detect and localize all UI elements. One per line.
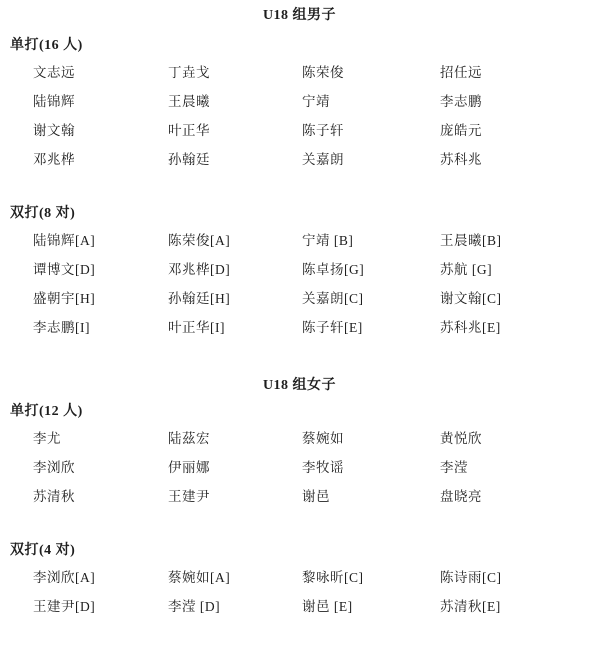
- participant-name: 邓兆桦[D]: [168, 258, 302, 278]
- participant-name: 李尤: [33, 427, 168, 447]
- participant-name: 庞皓元: [440, 119, 599, 139]
- participant-row: 邓兆桦 孙翰廷 关嘉朗 苏科兆: [33, 143, 599, 172]
- participant-name: 王建尹: [168, 485, 302, 505]
- participant-name: 谢邑 [E]: [302, 595, 440, 615]
- participant-name: 苏科兆: [440, 148, 599, 168]
- participant-row: 李浏欣 伊丽娜 李牧谣 李滢: [33, 451, 599, 480]
- participant-name: 叶正华: [168, 119, 302, 139]
- participant-name: 苏清秋: [33, 485, 168, 505]
- participant-name: 苏清秋[E]: [440, 595, 599, 615]
- participant-row: 李志鹏[I] 叶正华[I] 陈子轩[E] 苏科兆[E]: [33, 311, 599, 340]
- participant-name: 谭博文[D]: [33, 258, 168, 278]
- participant-name: 陈子轩[E]: [302, 316, 440, 336]
- participant-row: 盛朝宇[H] 孙翰廷[H] 关嘉朗[C] 谢文翰[C]: [33, 282, 599, 311]
- participant-name: 陆锦辉[A]: [33, 229, 168, 249]
- participant-name: 招任远: [440, 61, 599, 81]
- participant-row: 王建尹[D] 李滢 [D] 谢邑 [E] 苏清秋[E]: [33, 590, 599, 619]
- participant-name: 宁靖: [302, 90, 440, 110]
- group-header-women-doubles: 双打(4 对): [10, 541, 599, 561]
- group-header-women-singles: 单打(12 人): [10, 402, 599, 422]
- participant-name: 黄悦欣: [440, 427, 599, 447]
- roster-document: U18 组男子 单打(16 人) 文志远 丁垚戈 陈荣俊 招任远 陆锦辉 王晨曦…: [0, 0, 599, 619]
- women-doubles-list: 李浏欣[A] 蔡婉如[A] 黎咏昕[C] 陈诗雨[C] 王建尹[D] 李滢 [D…: [0, 561, 599, 619]
- participant-row: 陆锦辉[A] 陈荣俊[A] 宁靖 [B] 王晨曦[B]: [33, 224, 599, 253]
- participant-name: 宁靖 [B]: [302, 229, 440, 249]
- participant-name: 关嘉朗[C]: [302, 287, 440, 307]
- participant-name: 李志鹏: [440, 90, 599, 110]
- participant-name: 蔡婉如: [302, 427, 440, 447]
- participant-name: 关嘉朗: [302, 148, 440, 168]
- participant-name: 陈诗雨[C]: [440, 566, 599, 586]
- participant-name: 李浏欣: [33, 456, 168, 476]
- participant-name: 谢文翰: [33, 119, 168, 139]
- participant-name: 丁垚戈: [168, 61, 302, 81]
- participant-row: 李尤 陆茲宏 蔡婉如 黄悦欣: [33, 422, 599, 451]
- women-singles-list: 李尤 陆茲宏 蔡婉如 黄悦欣 李浏欣 伊丽娜 李牧谣 李滢 苏清秋 王建尹 谢邑…: [0, 422, 599, 509]
- participant-name: 叶正华[I]: [168, 316, 302, 336]
- participant-name: 孙翰廷[H]: [168, 287, 302, 307]
- participant-name: 伊丽娜: [168, 456, 302, 476]
- men-doubles-list: 陆锦辉[A] 陈荣俊[A] 宁靖 [B] 王晨曦[B] 谭博文[D] 邓兆桦[D…: [0, 224, 599, 340]
- participant-name: 孙翰廷: [168, 148, 302, 168]
- participant-name: 蔡婉如[A]: [168, 566, 302, 586]
- participant-row: 陆锦辉 王晨曦 宁靖 李志鹏: [33, 85, 599, 114]
- participant-name: 陈卓扬[G]: [302, 258, 440, 278]
- participant-name: 陈子轩: [302, 119, 440, 139]
- participant-name: 李滢: [440, 456, 599, 476]
- participant-row: 李浏欣[A] 蔡婉如[A] 黎咏昕[C] 陈诗雨[C]: [33, 561, 599, 590]
- participant-name: 王建尹[D]: [33, 595, 168, 615]
- participant-name: 李滢 [D]: [168, 595, 302, 615]
- participant-name: 李牧谣: [302, 456, 440, 476]
- participant-name: 王晨曦[B]: [440, 229, 599, 249]
- section-title-u18-women: U18 组女子: [0, 376, 599, 396]
- participant-name: 谢邑: [302, 485, 440, 505]
- participant-row: 文志远 丁垚戈 陈荣俊 招任远: [33, 56, 599, 85]
- group-header-men-doubles: 双打(8 对): [10, 204, 599, 224]
- section-title-u18-men: U18 组男子: [0, 6, 599, 26]
- participant-row: 苏清秋 王建尹 谢邑 盘晓亮: [33, 480, 599, 509]
- participant-name: 盘晓亮: [440, 485, 599, 505]
- participant-name: 李浏欣[A]: [33, 566, 168, 586]
- participant-name: 陆锦辉: [33, 90, 168, 110]
- participant-name: 黎咏昕[C]: [302, 566, 440, 586]
- participant-name: 陆茲宏: [168, 427, 302, 447]
- participant-name: 陈荣俊[A]: [168, 229, 302, 249]
- participant-row: 谢文翰 叶正华 陈子轩 庞皓元: [33, 114, 599, 143]
- participant-name: 陈荣俊: [302, 61, 440, 81]
- men-singles-list: 文志远 丁垚戈 陈荣俊 招任远 陆锦辉 王晨曦 宁靖 李志鹏 谢文翰 叶正华 陈…: [0, 56, 599, 172]
- participant-name: 王晨曦: [168, 90, 302, 110]
- participant-name: 邓兆桦: [33, 148, 168, 168]
- participant-name: 苏航 [G]: [440, 258, 599, 278]
- participant-name: 李志鹏[I]: [33, 316, 168, 336]
- participant-name: 苏科兆[E]: [440, 316, 599, 336]
- participant-name: 谢文翰[C]: [440, 287, 599, 307]
- participant-name: 盛朝宇[H]: [33, 287, 168, 307]
- group-header-men-singles: 单打(16 人): [10, 36, 599, 56]
- participant-row: 谭博文[D] 邓兆桦[D] 陈卓扬[G] 苏航 [G]: [33, 253, 599, 282]
- participant-name: 文志远: [33, 61, 168, 81]
